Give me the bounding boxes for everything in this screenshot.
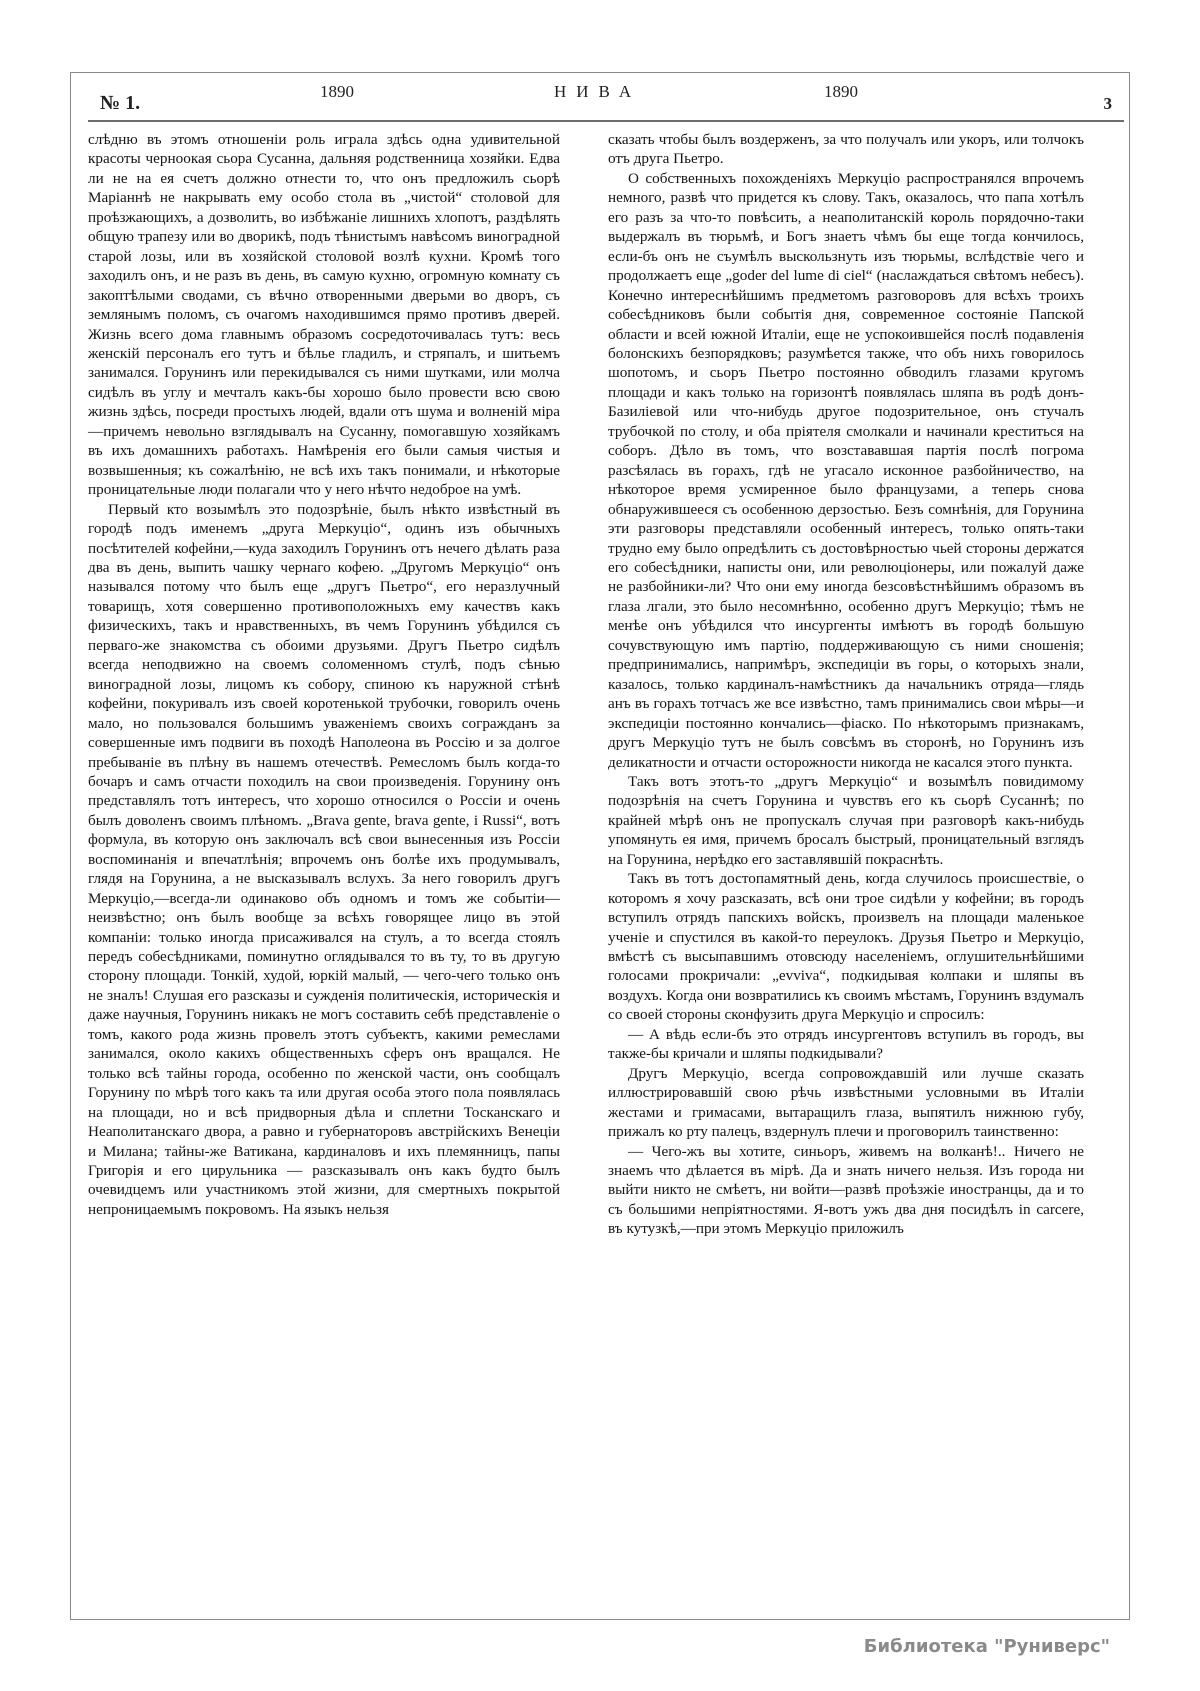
left-column: слѣдню въ этомъ отношеніи роль играла зд… — [88, 130, 560, 1219]
paragraph: О собственныхъ похожденіяхъ Меркуціо рас… — [608, 169, 1084, 772]
dialogue-line: — А вѣдь если-бъ это отрядъ инсургентовъ… — [608, 1025, 1084, 1064]
issue-number: № 1. — [100, 92, 140, 115]
year-right: 1890 — [824, 82, 858, 102]
paragraph: Другъ Меркуціо, всегда сопровождавшій ил… — [608, 1064, 1084, 1142]
paragraph: Первый кто возымѣлъ это подозрѣніе, былъ… — [88, 500, 560, 1220]
journal-title: НИВА — [554, 82, 641, 102]
paragraph: Такъ вотъ этотъ-то „другъ Меркуціо“ и во… — [608, 772, 1084, 869]
paragraph: сказать чтобы былъ воздерженъ, за что по… — [608, 130, 1084, 169]
paragraph: слѣдню въ этомъ отношеніи роль играла зд… — [88, 130, 560, 500]
right-column: сказать чтобы былъ воздерженъ, за что по… — [608, 130, 1084, 1239]
dialogue-line: — Чего-жъ вы хотите, синьоръ, живемъ на … — [608, 1142, 1084, 1239]
page-number: 3 — [1104, 94, 1113, 114]
paragraph: Такъ въ тотъ достопамятный день, когда с… — [608, 869, 1084, 1025]
page-header: № 1. 1890 НИВА 1890 3 — [88, 82, 1124, 118]
library-watermark: Библиотека "Руниверс" — [864, 1636, 1110, 1657]
year-left: 1890 — [320, 82, 354, 102]
header-divider — [88, 120, 1124, 122]
